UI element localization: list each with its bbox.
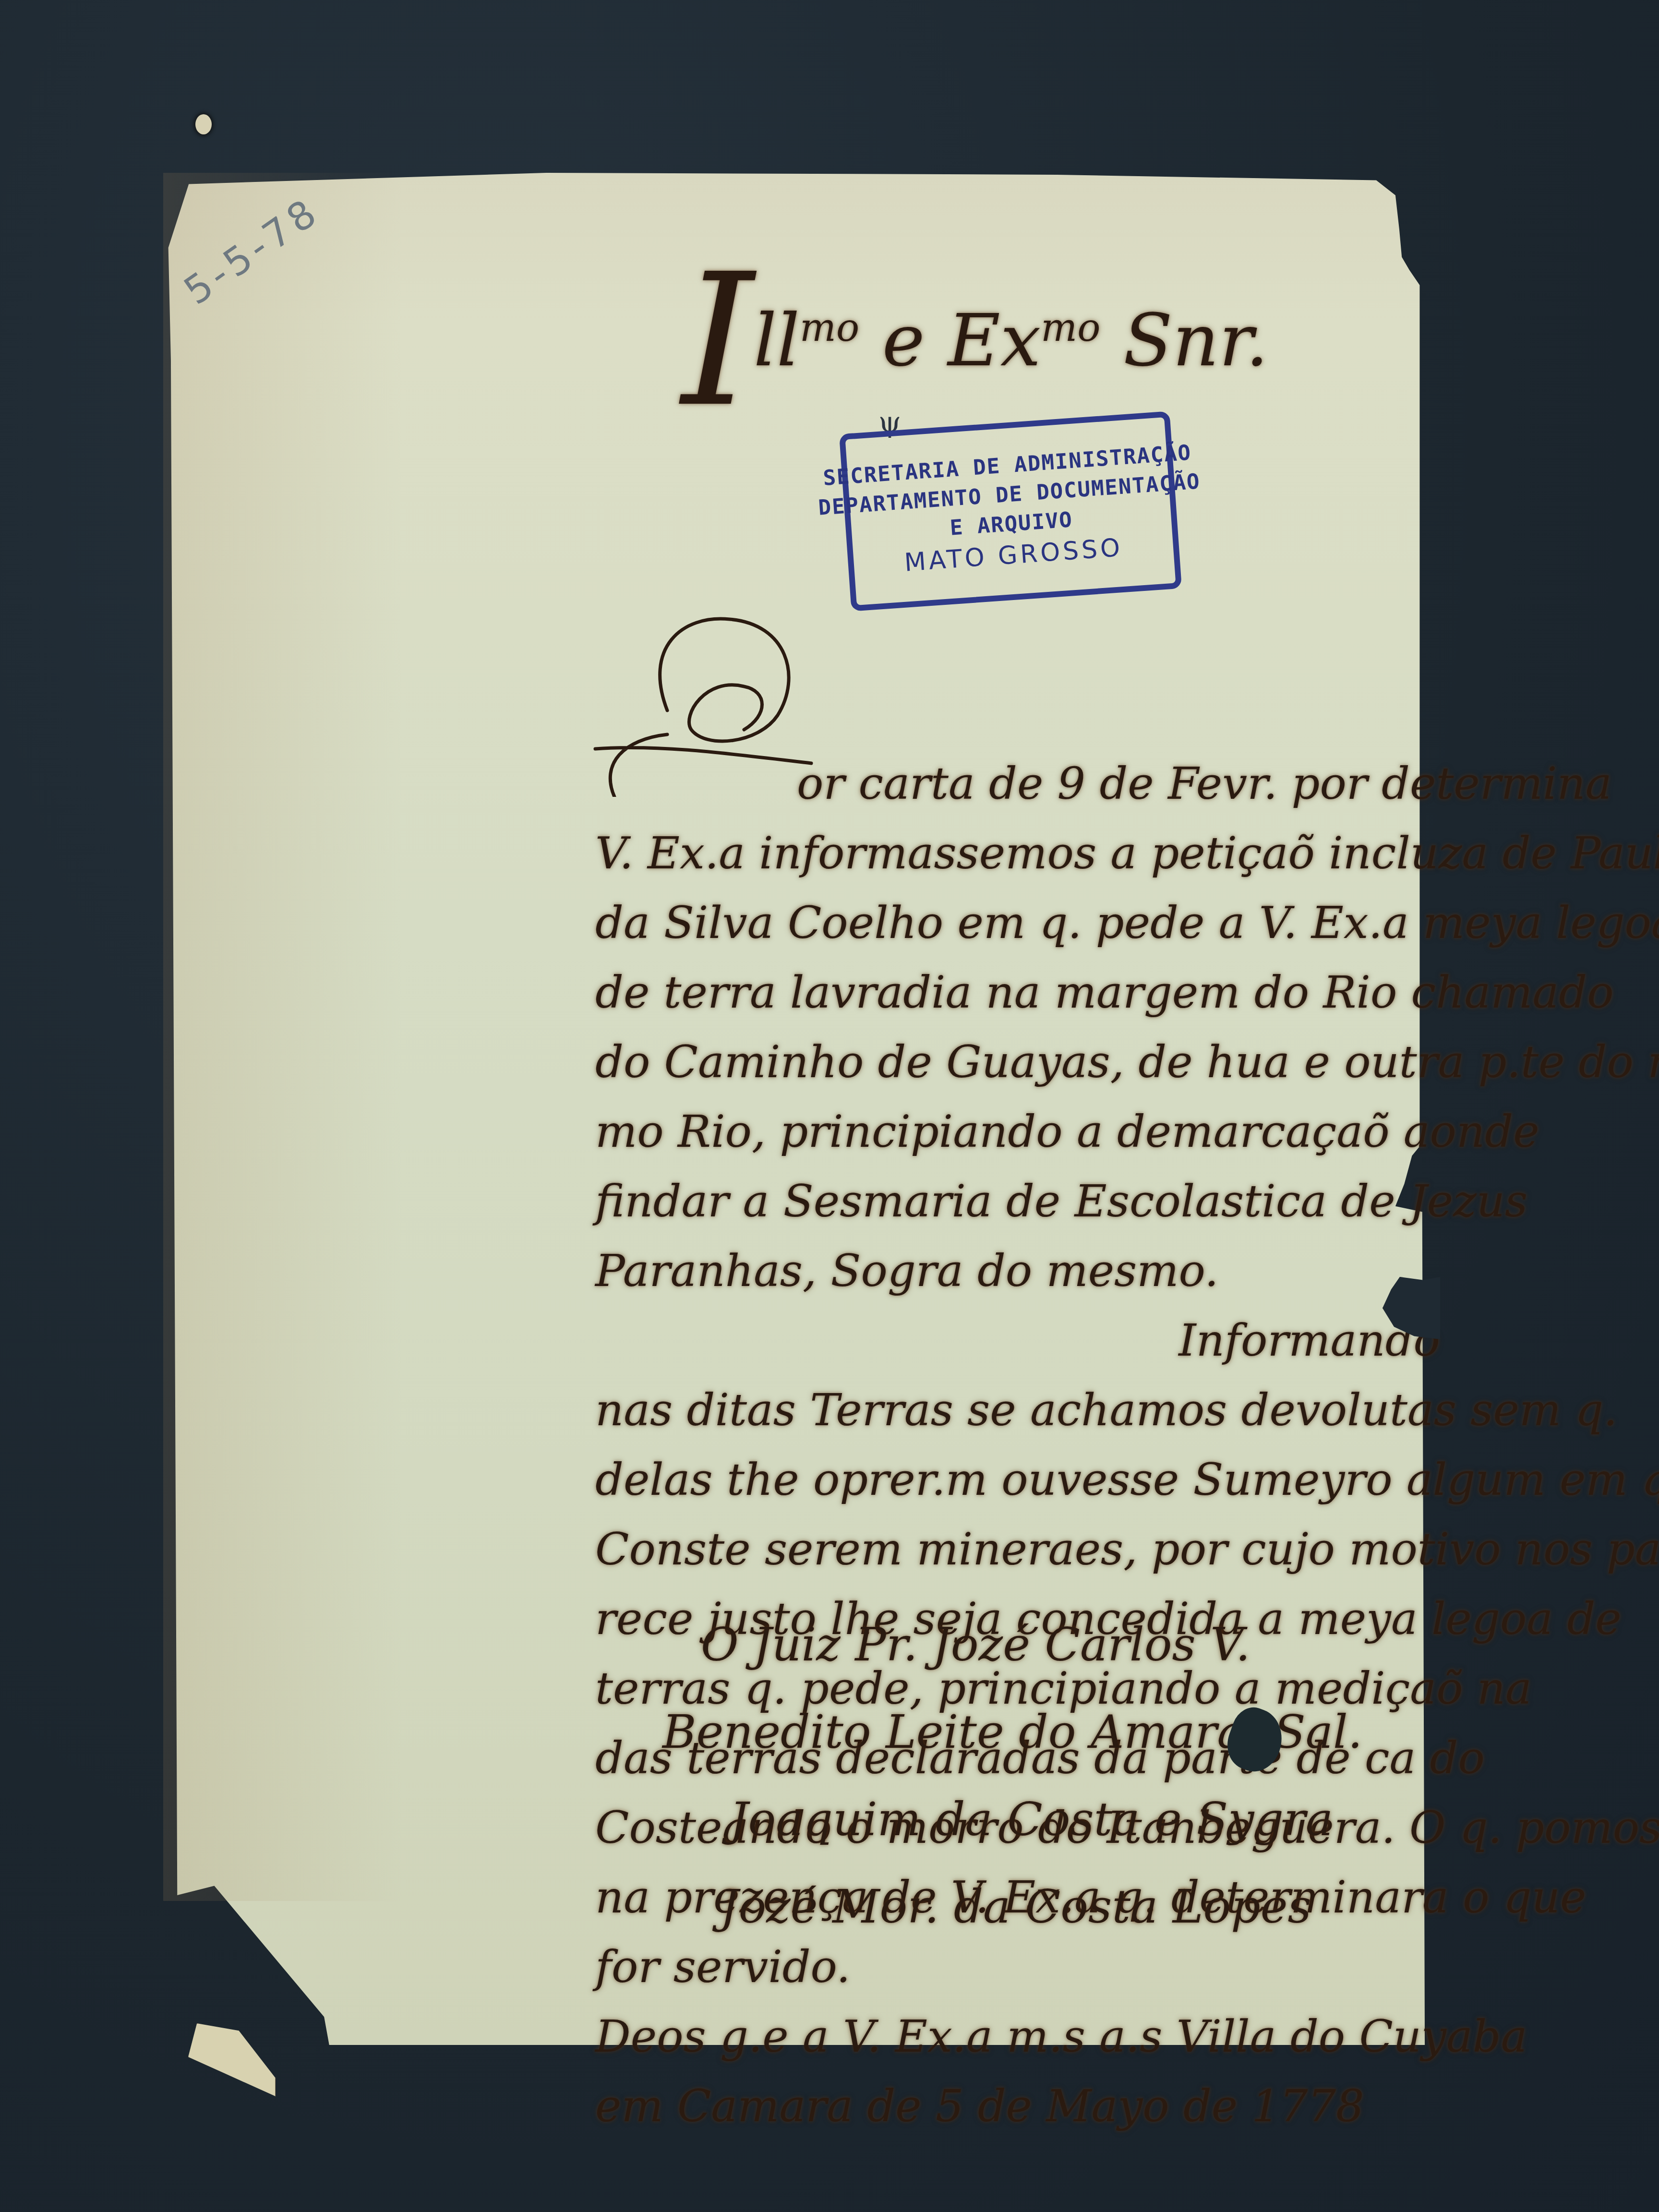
body-line: findar a Sesmaria de Escolastica de Jezu… [595,1166,1440,1236]
body-line: de terra lavradia na margem do Rio chama… [595,958,1440,1027]
body-line: da Silva Coelho em q. pede a V. Ex.a mey… [595,888,1440,958]
paper-fragment [195,114,212,134]
salutation-sup2: mo [1041,305,1100,350]
salutation-sup1: mo [800,305,859,350]
signature: O Juiz Pr. Jozé Carlos V. [691,1618,1363,1671]
salutation-end: Snr. [1123,299,1268,383]
body-line: Conste serem mineraes, por cujo motivo n… [595,1515,1440,1584]
salutation-abbrev: ll [754,299,800,383]
body-line: do Caminho de Guayas, de hua e outra p.t… [595,1027,1440,1097]
body-line: Deos g.e a V. Ex.a m.s a.s Villa do Cuya… [595,2002,1440,2071]
signature: Jozé Mor. da Costa Lopes [691,1880,1363,1934]
signature: Joaquim da Costa e Sygra [691,1792,1363,1846]
body-line: V. Ex.a informassemos a petiçaõ incluza … [595,818,1440,888]
salutation-mid: e Ex [882,299,1041,383]
stamp-line: MATO GROSSO [903,533,1124,577]
body-line: Informando [595,1306,1440,1375]
body-line: Paranhas, Sogra do mesmo. [595,1236,1440,1306]
salutation: Illmo e Exmo Snr. [682,250,1268,432]
body-line: nas ditas Terras se achamos devolutas se… [595,1375,1440,1445]
body-line: delas the oprer.m ouvesse Sumeyro algum … [595,1445,1440,1515]
signatures: O Juiz Pr. Jozé Carlos V. Benedito Leite… [691,1618,1363,1967]
body-line: mo Rio, principiando a demarcaçaõ aonde [595,1097,1440,1166]
body-line-date: em Camara de 5 de Mayo de 1778 [595,2071,1440,2141]
archive-stamp: SECRETARIA DE ADMINISTRAÇÃO DEPARTAMENTO… [839,411,1182,611]
body-line: or carta de 9 de Fevr. por determina [595,749,1440,818]
salutation-initial: I [682,234,754,447]
stamp-line: E ARQUIVO [949,507,1073,541]
